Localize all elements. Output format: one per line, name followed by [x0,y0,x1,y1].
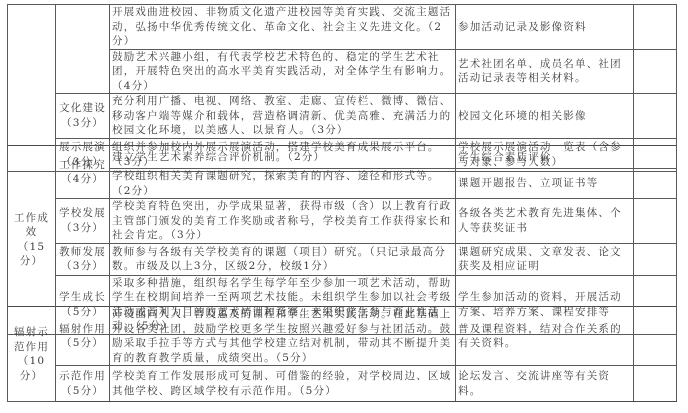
criteria-cell: 学校组织相关美育课题研究，探索美育的内容、途径和形式等。（2分） [110,169,456,199]
subcategory-cell: 工作探究 （4分） [56,146,110,199]
evidence-cell: 学生综合素质评价 [456,146,634,169]
criteria-cell: 教师参与各级有关学校美育的课题（项目）研究。（只记录最高分数。市级及以上3分，区… [110,243,456,275]
evidence-cell: 参加活动记录及影像资料 [456,5,634,50]
evidence-cell: 论坛发言、交流讲座等有关资料。 [456,366,634,402]
score-cell [634,366,677,402]
subcategory-score: （5分） [58,336,107,351]
table-row: 开展戏曲进校园、非物质文化遗产进校园等美育实践、交流主题活动，弘扬中华优秀传统文… [8,5,677,50]
category-score: （15分） [10,240,53,269]
table-row: 文化建设 （3分） 充分利用广播、电视、网络、教室、走廊、宣传栏、微博、微信、移… [8,94,677,139]
criteria-cell: 学校美育工作发展形成可复制、可借鉴的经验，对学校周边、区域其他学校、跨区域学校有… [110,366,456,402]
subcategory-label: 辐射作用 [58,322,107,337]
score-cell [634,94,677,139]
subcategory-label: 教师发展 [58,245,107,260]
subcategory-cell: 教师发展 （3分） [56,243,110,275]
criteria-cell: 开设面向人人、普及惠及的课程和学生艺术实践活动。在此基础上开设各类社团，鼓励学校… [110,307,456,366]
score-cell [634,199,677,244]
evidence-cell: 课题研究成果、文章发表、论文获奖及相应证明 [456,243,634,275]
score-cell [634,146,677,169]
subcategory-score: （3分） [58,259,107,274]
category-label: 工作成效 [10,211,53,240]
subcategory-score: （3分） [58,221,107,236]
evidence-cell: 艺术社团名单、成员名单、社团活动记录表等相关材料。 [456,49,634,94]
subcategory-label: 工作探究 [58,158,107,173]
category-cell: 辐射示范作用（10分） [8,307,56,402]
subcategory-cell-continued [56,5,110,94]
criteria-cell: 鼓励艺术兴趣小组，有代表学校艺术特色的、稳定的学生艺术社团，开展特色突出的高水平… [110,49,456,94]
criteria-cell: 充分利用广播、电视、网络、教室、走廊、宣传栏、微博、微信、移动客户端等媒介和载体… [110,94,456,139]
evidence-cell: 各级各类艺术教育先进集体、个人等获奖证书 [456,199,634,244]
table-row: 辐射示范作用（10分） 辐射作用 （5分） 开设面向人人、普及惠及的课程和学生艺… [8,307,677,366]
score-cell [634,5,677,50]
subcategory-cell: 辐射作用 （5分） [56,307,110,366]
score-cell [634,49,677,94]
table-row: 教师发展 （3分） 教师参与各级有关学校美育的课题（项目）研究。（只记录最高分数… [8,243,677,275]
subcategory-label: 学校发展 [58,206,107,221]
criteria-cell: 建立学生艺术素养综合评价机制。（2分） [110,146,456,169]
subcategory-label: 示范作用 [58,369,107,384]
subcategory-score: （5分） [58,384,107,399]
subcategory-score: （4分） [58,172,107,187]
score-cell [634,243,677,275]
criteria-cell: 学校美育特色突出，办学成果显著，获得市级（含）以上教育行政主管部门颁发的美育工作… [110,199,456,244]
table-row: 示范作用 （5分） 学校美育工作发展形成可复制、可借鉴的经验，对学校周边、区域其… [8,366,677,402]
score-cell [634,307,677,366]
subcategory-cell: 示范作用 （5分） [56,366,110,402]
evaluation-table-radiation: 辐射示范作用（10分） 辐射作用 （5分） 开设面向人人、普及惠及的课程和学生艺… [7,306,677,402]
subcategory-cell: 文化建设 （3分） [56,94,110,139]
table-row: 学校发展 （3分） 学校美育特色突出，办学成果显著，获得市级（含）以上教育行政主… [8,199,677,244]
score-cell [634,169,677,199]
evidence-cell: 普及课程资料，结对合作关系的有关资料。 [456,307,634,366]
evidence-cell: 课题开题报告、立项证书等 [456,169,634,199]
criteria-cell: 开展戏曲进校园、非物质文化遗产进校园等美育实践、交流主题活动，弘扬中华优秀传统文… [110,5,456,50]
subcategory-score: （3分） [58,116,107,131]
subcategory-cell: 学校发展 （3分） [56,199,110,244]
category-label: 辐射示范作用（10分） [14,326,49,382]
subcategory-label: 学生成长 [58,290,107,305]
subcategory-label: 文化建设 [58,101,107,116]
table-row: 工作成效 （15分） 工作探究 （4分） 建立学生艺术素养综合评价机制。（2分）… [8,146,677,169]
evidence-cell: 校园文化环境的相关影像 [456,94,634,139]
